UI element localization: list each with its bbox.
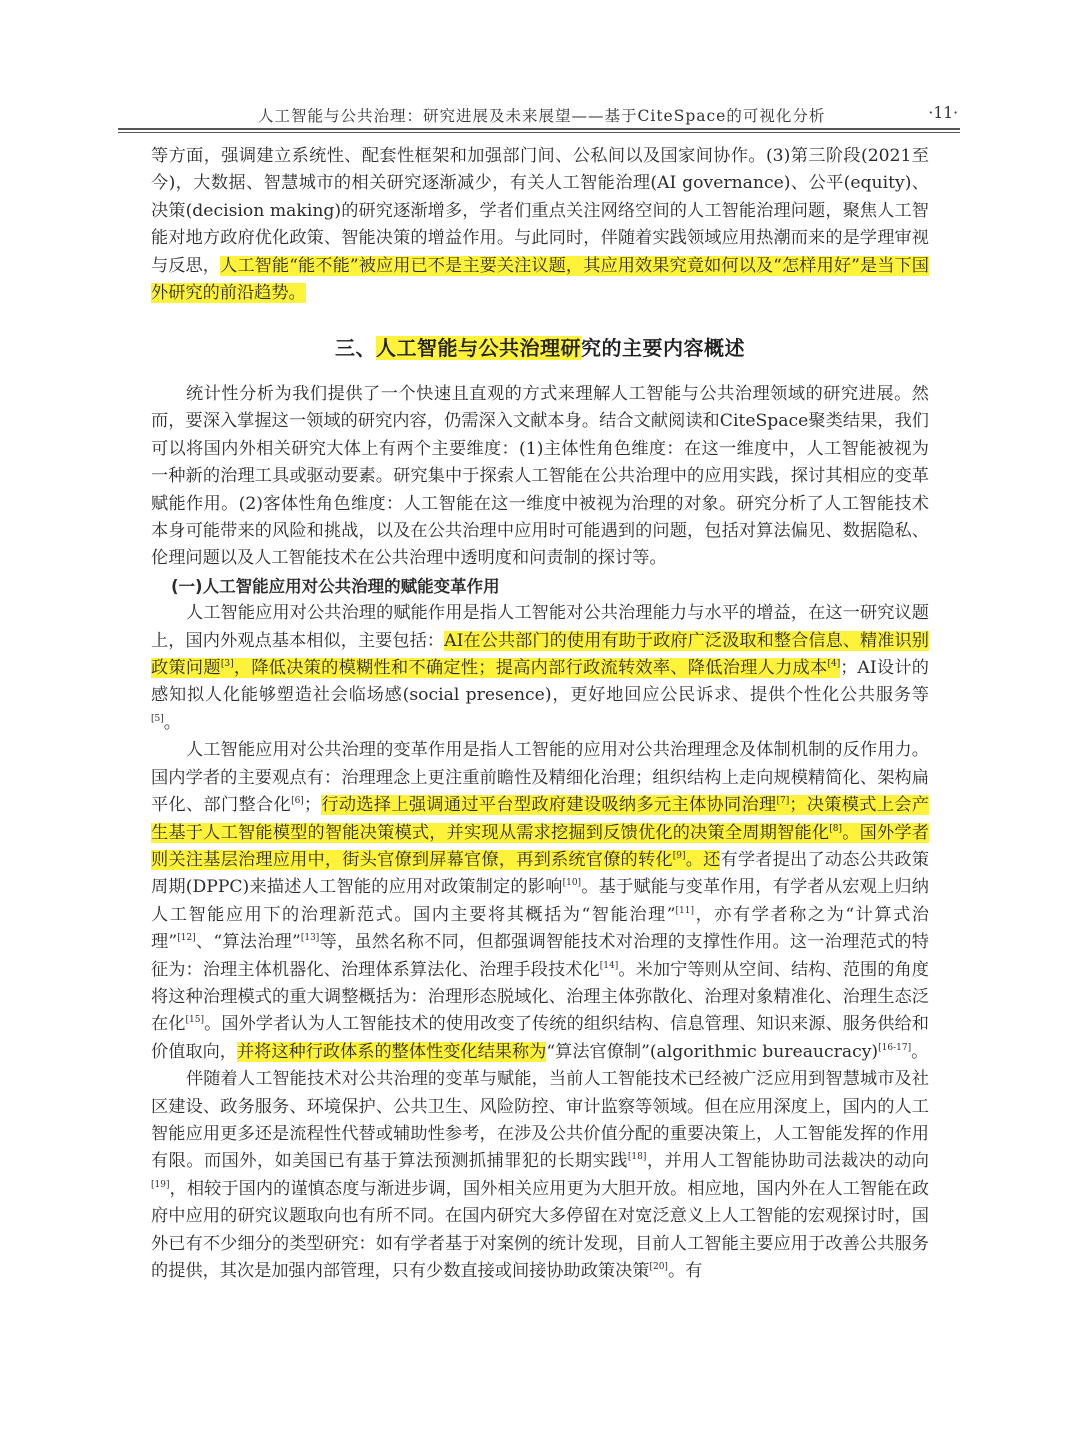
- citation-ref[interactable]: [18]: [628, 1152, 646, 1162]
- intro-paragraph: 统计性分析为我们提供了一个快速且直观的方式来理解人工智能与公共治理领域的研究进展…: [151, 381, 929, 573]
- section-heading: 三、人工智能与公共治理研究的主要内容概述: [0, 332, 1080, 361]
- citation-ref[interactable]: [4]: [827, 659, 840, 669]
- paragraph-text: ；: [304, 795, 321, 815]
- citation-ref[interactable]: [3]: [221, 659, 234, 669]
- citation-ref[interactable]: [15]: [186, 1015, 204, 1025]
- citation-ref[interactable]: [7]: [777, 796, 790, 806]
- citation-ref[interactable]: [10]: [563, 878, 581, 888]
- section-title-rest: 究的主要内容概述: [581, 336, 745, 360]
- citation-ref[interactable]: [12]: [177, 933, 195, 943]
- paragraph-text: 、“算法治理”: [196, 932, 301, 952]
- citation-ref[interactable]: [20]: [649, 1262, 667, 1272]
- citation-ref[interactable]: [6]: [291, 796, 304, 806]
- highlighted-text: 人工智能与公共治理研: [376, 336, 581, 360]
- running-header: 人工智能与公共治理：研究进展及未来展望——基于CiteSpace的可视化分析 ·…: [118, 104, 960, 128]
- paragraph-text: 。: [911, 1042, 928, 1062]
- citation-ref[interactable]: [19]: [151, 1180, 169, 1190]
- paragraph-text: 。: [164, 713, 181, 733]
- section-number: 三、: [335, 336, 376, 360]
- paragraph-text: 。还: [685, 850, 720, 870]
- page-number: ·11·: [928, 104, 958, 122]
- top-paragraph-block: 等方面，强调建立系统性、配套性框架和加强部门间、公私间以及国家间协作。(3)第三…: [151, 143, 929, 307]
- citation-ref[interactable]: [13]: [301, 933, 319, 943]
- paragraph-text: “算法官僚制”(algorithmic bureaucracy): [546, 1042, 878, 1062]
- paragraph-text: ，并用人工智能协助司法裁决的动向: [646, 1151, 929, 1171]
- running-title: 人工智能与公共治理：研究进展及未来展望——基于CiteSpace的可视化分析: [258, 104, 825, 126]
- highlighted-text: 人工智能“能不能”被应用已不是主要关注议题，其应用效果究竟如何以及“怎样用好”是…: [151, 256, 929, 303]
- citation-ref[interactable]: [5]: [151, 714, 164, 724]
- paragraph-text: 行动选择上强调通过平台型政府建设吸纳多元主体协同治理: [321, 795, 776, 815]
- citation-ref[interactable]: [14]: [600, 961, 618, 971]
- application-paragraph: 伴随着人工智能技术对公共治理的变革与赋能，当前人工智能技术已经被广泛应用到智慧城…: [151, 1066, 929, 1285]
- empowerment-paragraph: 人工智能应用对公共治理的赋能作用是指人工智能对公共治理能力与水平的增益，在这一研…: [151, 600, 929, 737]
- paragraph-text: ，降低决策的模糊性和不确定性；提高内部行政流转效率、降低治理人力成本: [234, 658, 828, 678]
- transformation-paragraph: 人工智能应用对公共治理的变革作用是指人工智能的应用对公共治理理念及体制机制的反作…: [151, 737, 929, 1066]
- citation-ref[interactable]: [16-17]: [878, 1043, 911, 1053]
- header-rule: [118, 128, 960, 133]
- citation-ref[interactable]: [11]: [676, 906, 694, 916]
- top-paragraph: 等方面，强调建立系统性、配套性框架和加强部门间、公私间以及国家间协作。(3)第三…: [151, 143, 929, 307]
- subsection-heading: (一)人工智能应用对公共治理的赋能变革作用: [151, 573, 929, 600]
- main-body-block: 统计性分析为我们提供了一个快速且直观的方式来理解人工智能与公共治理领域的研究进展…: [151, 381, 929, 1285]
- paragraph-text: ，相较于国内的谨慎态度与渐进步调，国外相关应用更为大胆开放。相应地，国内外在人工…: [151, 1179, 929, 1281]
- highlighted-text: 并将这种行政体系的整体性变化结果称为: [237, 1042, 546, 1062]
- citation-ref[interactable]: [9]: [673, 851, 686, 861]
- paragraph-text: 。有: [668, 1261, 702, 1281]
- citation-ref[interactable]: [8]: [829, 824, 842, 834]
